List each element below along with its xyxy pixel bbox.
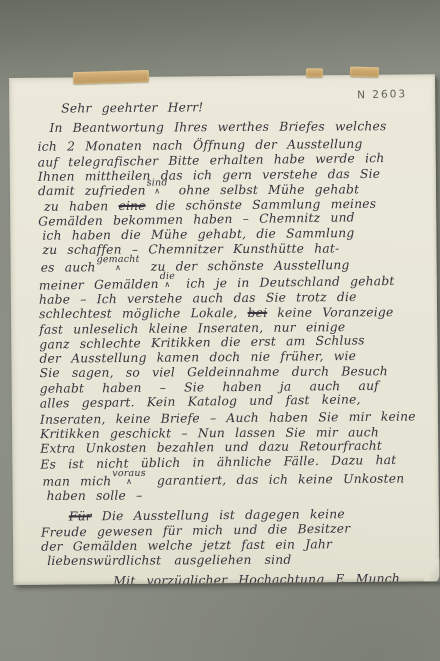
handwritten-text: damit zufrieden bbox=[38, 183, 146, 198]
letter-line: Kritikken geschickt – Nun lassen Sie mir… bbox=[40, 425, 428, 442]
handwritten-text: meiner Gemälden bbox=[39, 277, 159, 293]
handwritten-text: alles gespart. Kein Katalog und fast kei… bbox=[40, 393, 361, 411]
handwritten-text: liebenswürdlichst ausgeliehen sind bbox=[47, 552, 291, 567]
letter-line: Sehr geehrter Herr! bbox=[61, 98, 425, 116]
handwritten-text: Sie sagen, so viel Geldeinnahme durch Be… bbox=[40, 364, 388, 380]
struck-out-word: eine bbox=[118, 198, 145, 212]
handwritten-text: zu haben bbox=[44, 199, 118, 214]
letter-body: N 2603 Sehr geehrter Herr!In Beantwortun… bbox=[9, 74, 439, 585]
handwritten-text: man mich bbox=[42, 474, 111, 489]
letter-line: schlechtest mögliche Lokale, bei keine V… bbox=[39, 305, 427, 322]
letter-lines: Sehr geehrter Herr!In Beantwortung Ihres… bbox=[37, 98, 429, 585]
handwritten-text: Mit vorzüglicher Hochachtung E Munch bbox=[113, 572, 400, 585]
handwritten-text: Kritikken geschickt – Nun lassen Sie mir… bbox=[40, 425, 379, 441]
handwritten-text: haben solle – bbox=[47, 488, 143, 503]
struck-out-word: bei bbox=[248, 306, 268, 320]
handwritten-text: zu schaffen – Chemnitzer Kunsthütte hat- bbox=[42, 241, 339, 257]
inserted-word-above-line: die∧ bbox=[160, 273, 175, 283]
handwritten-text: ohne selbst Mühe gehabt bbox=[169, 182, 360, 197]
letter-line: liebenswürdlichst ausgeliehen sind bbox=[47, 552, 429, 569]
insert-caret-icon: ∧ bbox=[126, 478, 132, 485]
handwritten-text: schlechtest mögliche Lokale, bbox=[39, 306, 248, 321]
inserted-word-above-line: sind∧ bbox=[147, 179, 168, 189]
handwritten-text: In Beantwortung Ihres werthes Briefes we… bbox=[49, 119, 386, 135]
handwritten-text: es auch bbox=[41, 261, 96, 275]
letter-line: Mit vorzüglicher Hochachtung E Munch bbox=[113, 572, 429, 585]
letter-line: In Beantwortung Ihres werthes Briefes we… bbox=[49, 119, 425, 136]
letter-paper: N 2603 Sehr geehrter Herr!In Beantwortun… bbox=[9, 74, 439, 585]
handwritten-text: Inseraten, keine Briefe – Auch haben Sie… bbox=[40, 409, 416, 426]
insert-caret-icon: ∧ bbox=[115, 264, 121, 271]
handwritten-text: Sehr geehrter Herr! bbox=[61, 100, 203, 115]
letter-line: haben solle – bbox=[47, 487, 429, 504]
letter-line: Sie sagen, so viel Geldeinnahme durch Be… bbox=[40, 364, 428, 381]
handwritten-text: ich je in Deutschland gehabt bbox=[176, 274, 395, 291]
letter-line: damit zufriedensind∧ ohne selbst Mühe ge… bbox=[38, 182, 426, 199]
inserted-word-above-line: gemacht∧ bbox=[97, 256, 140, 266]
handwritten-text: keine Voranzeige bbox=[267, 305, 393, 320]
struck-out-word: Für bbox=[69, 510, 92, 524]
insert-caret-icon: ∧ bbox=[164, 281, 170, 288]
handwritten-text: garantiert, das ich keine Unkosten bbox=[147, 471, 405, 487]
insert-caret-icon: ∧ bbox=[154, 187, 160, 194]
corner-fold bbox=[410, 559, 439, 583]
inserted-word-above-line: voraus∧ bbox=[112, 470, 146, 480]
